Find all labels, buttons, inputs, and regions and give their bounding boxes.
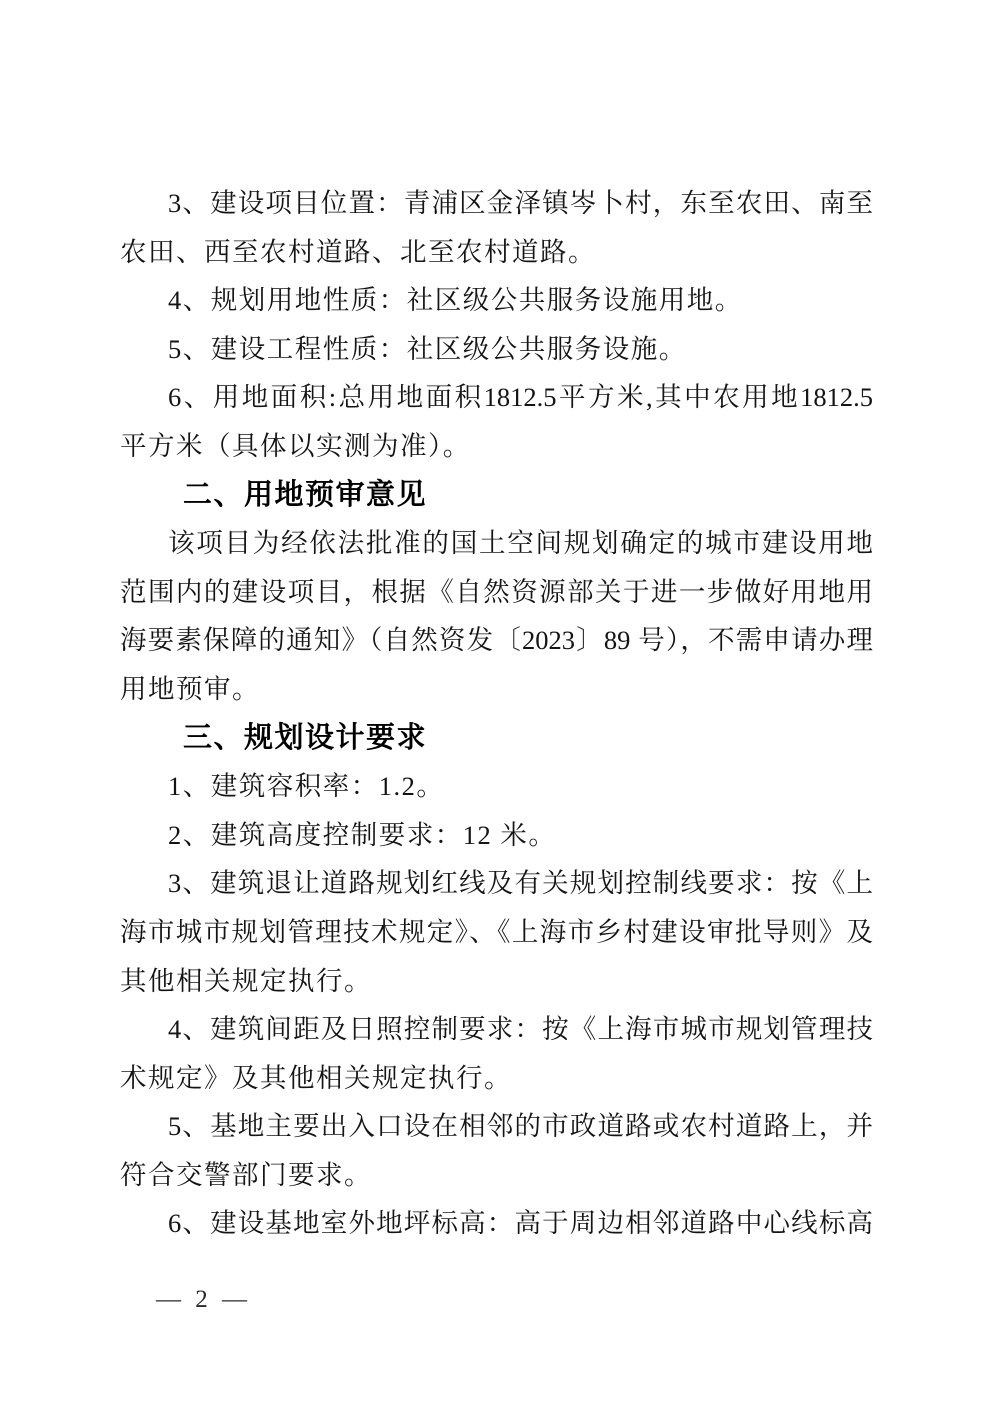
text-line: 1、建筑容积率：1.2。 [120, 762, 873, 811]
section-heading: 三、规划设计要求 [120, 714, 873, 763]
text-line: 6、用地面积:总用地面积1812.5平方米,其中农用地1812.5 [120, 373, 873, 422]
text-line: 5、建设工程性质：社区级公共服务设施。 [120, 325, 873, 374]
section-heading: 二、用地预审意见 [120, 471, 873, 520]
text-line: 平方米（具体以实测为准）。 [120, 422, 873, 471]
text-line: 5、基地主要出入口设在相邻的市政道路或农村道路上，并 [120, 1102, 873, 1151]
text-line: 6、建设基地室外地坪标高：高于周边相邻道路中心线标高 [120, 1199, 873, 1248]
text-line: 3、建设项目位置：青浦区金泽镇岑卜村，东至农田、南至 [120, 179, 873, 228]
text-line: 4、规划用地性质：社区级公共服务设施用地。 [120, 276, 873, 325]
text-line: 术规定》及其他相关规定执行。 [120, 1054, 873, 1103]
document-page: 3、建设项目位置：青浦区金泽镇岑卜村，东至农田、南至农田、西至农村道路、北至农村… [0, 0, 992, 1403]
text-line: 海市城市规划管理技术规定》、《上海市乡村建设审批导则》及 [120, 908, 873, 957]
text-line: 用地预审。 [120, 665, 873, 714]
text-line: 其他相关规定执行。 [120, 957, 873, 1006]
text-line: 符合交警部门要求。 [120, 1151, 873, 1200]
text-line: 该项目为经依法批准的国土空间规划确定的城市建设用地 [120, 519, 873, 568]
text-line: 海要素保障的通知》（自然资发〔2023〕89 号），不需申请办理 [120, 616, 873, 665]
text-line: 2、建筑高度控制要求：12 米。 [120, 811, 873, 860]
page-number: — 2 — [156, 1276, 251, 1324]
text-line: 4、建筑间距及日照控制要求：按《上海市城市规划管理技 [120, 1005, 873, 1054]
document-lines: 3、建设项目位置：青浦区金泽镇岑卜村，东至农田、南至农田、西至农村道路、北至农村… [120, 179, 873, 1248]
text-line: 范围内的建设项目，根据《自然资源部关于进一步做好用地用 [120, 568, 873, 617]
text-line: 农田、西至农村道路、北至农村道路。 [120, 228, 873, 277]
text-line: 3、建筑退让道路规划红线及有关规划控制线要求：按《上 [120, 859, 873, 908]
